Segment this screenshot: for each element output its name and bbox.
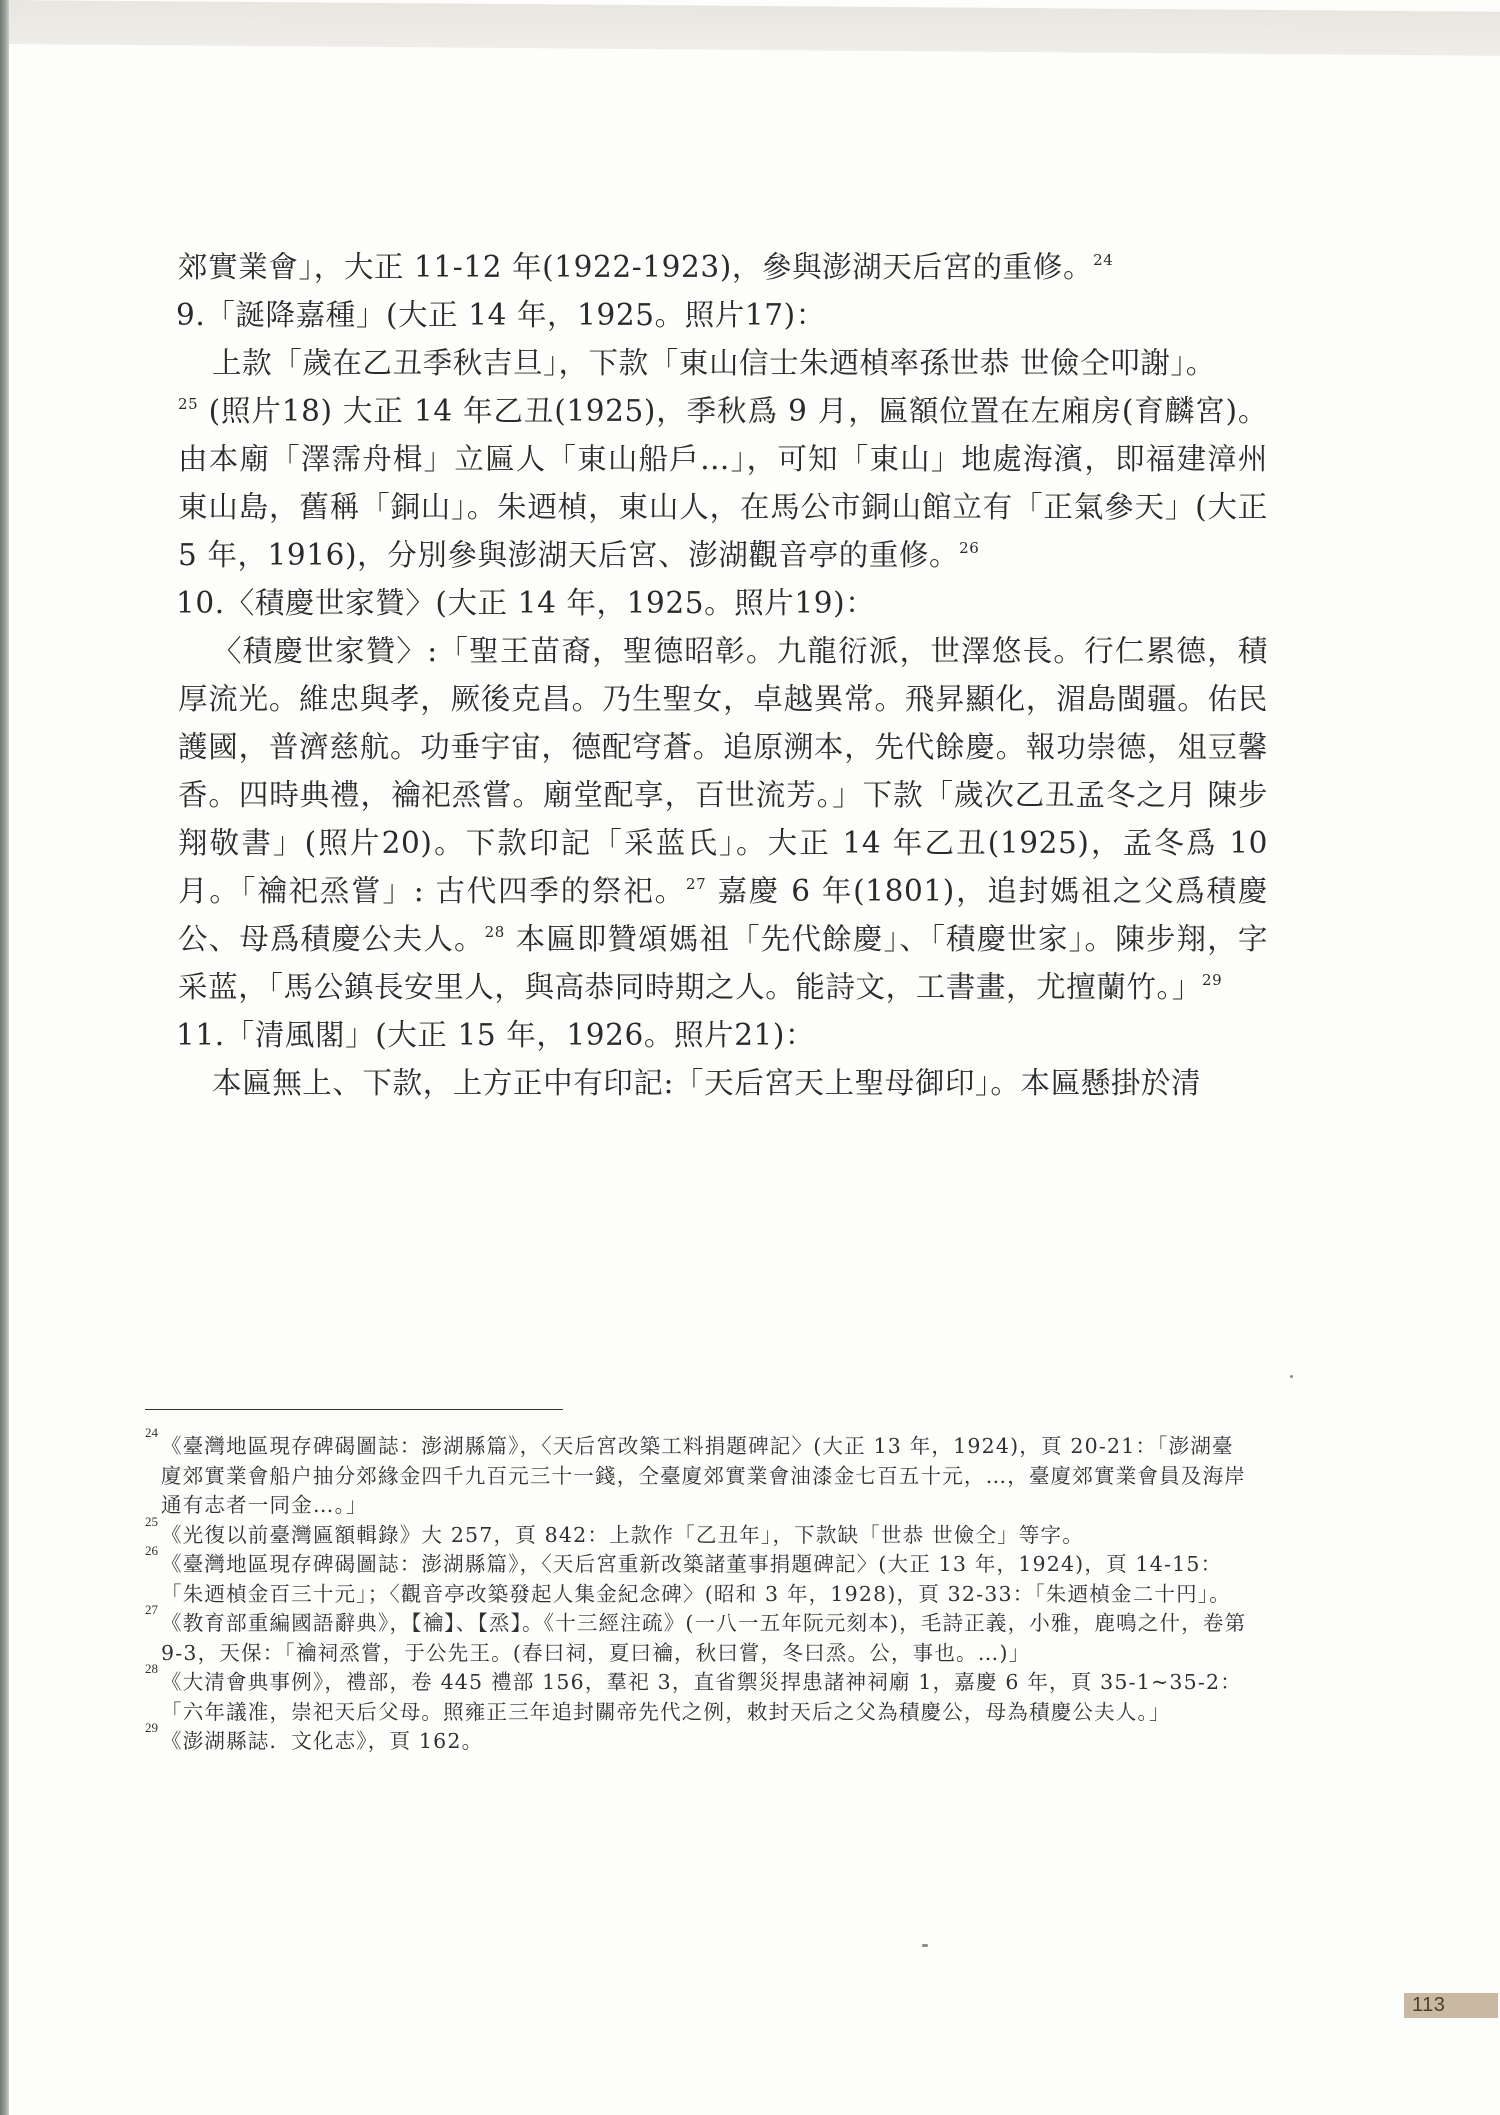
list-item-11-heading: 11.「清風閣」(大正 15 年，1926。照片21)： (176, 1011, 1268, 1059)
scan-top-shadow (0, 0, 1500, 56)
paragraph-text: 〈積慶世家贊〉:「聖王苗裔，聖德昭彰。九龍衍派，世澤悠長。行仁累德，積厚流光。維… (178, 634, 1268, 908)
scan-speck (1290, 1375, 1293, 1378)
footnote-ref[interactable]: 29 (1202, 971, 1222, 989)
footnote-28: 28《大清會典事例》，禮部，卷 445 禮部 156，羣祀 3，直省禦災捍患諸神… (145, 1668, 1250, 1727)
footnote-number: 26 (145, 1544, 158, 1557)
footnote-number: 28 (145, 1662, 158, 1675)
footnote-text: 《澎湖縣誌．文化志》，頁 162。 (161, 1729, 483, 1753)
footnote-ref[interactable]: 24 (1093, 251, 1113, 269)
footnote-text: 《教育部重編國語辭典》，【禴】、【烝】。《十三經注疏》(一八一五年阮元刻本)，毛… (161, 1611, 1246, 1665)
footnote-number: 27 (145, 1603, 158, 1616)
footnote-text: 《臺灣地區現存碑碣圖誌：澎湖縣篇》，〈天后宮改築工料捐題碑記〉(大正 13 年，… (161, 1434, 1246, 1517)
footnote-24: 24《臺灣地區現存碑碣圖誌：澎湖縣篇》，〈天后宮改築工料捐題碑記〉(大正 13 … (145, 1432, 1250, 1521)
list-item-10-heading: 10.〈積慶世家贊〉(大正 14 年，1925。照片19)： (176, 579, 1268, 627)
footnote-ref[interactable]: 27 (686, 875, 706, 893)
paragraph-inscription: 上款「歲在乙丑季秋吉旦」，下款「東山信士朱迺楨率孫世恭 世儉仝叩謝」。 (178, 339, 1268, 387)
book-spine-edge (0, 0, 9, 2115)
footnotes-section: 24《臺灣地區現存碑碣圖誌：澎湖縣篇》，〈天后宮改築工料捐題碑記〉(大正 13 … (145, 1432, 1250, 1757)
list-item-9-heading: 9.「誕降嘉種」(大正 14 年，1925。照片17)： (176, 291, 1268, 339)
page-number: 113 (1404, 1993, 1498, 2018)
scan-speck (922, 1944, 928, 1947)
paragraph-eulogy: 〈積慶世家贊〉:「聖王苗裔，聖德昭彰。九龍衍派，世澤悠長。行仁累德，積厚流光。維… (178, 627, 1268, 1011)
paragraph-seal: 本匾無上、下款，上方正中有印記:「天后宮天上聖母御印」。本匾懸掛於清 (178, 1059, 1268, 1107)
footnote-ref[interactable]: 26 (959, 539, 979, 557)
footnote-25: 25《光復以前臺灣匾額輯錄》大 257，頁 842：上款作「乙丑年」，下款缺「世… (145, 1521, 1250, 1551)
paragraph-description: 25 (照片18) 大正 14 年乙丑(1925)，季秋爲 9 月，匾額位置在左… (178, 387, 1268, 579)
footnote-number: 25 (145, 1515, 158, 1528)
footnote-text: 《臺灣地區現存碑碣圖誌：澎湖縣篇》，〈天后宮重新改築諸董事捐題碑記〉(大正 13… (161, 1552, 1231, 1606)
footnote-ref[interactable]: 28 (485, 923, 505, 941)
footnote-text: 《光復以前臺灣匾額輯錄》大 257，頁 842：上款作「乙丑年」，下款缺「世恭 … (161, 1523, 1084, 1547)
footnote-ref[interactable]: 25 (178, 395, 198, 413)
footnote-27: 27《教育部重編國語辭典》，【禴】、【烝】。《十三經注疏》(一八一五年阮元刻本)… (145, 1609, 1250, 1668)
paragraph-text: 郊實業會」，大正 11-12 年(1922-1923)，參與澎湖天后宮的重修。 (178, 250, 1093, 284)
footnote-number: 29 (145, 1721, 158, 1734)
main-text: 郊實業會」，大正 11-12 年(1922-1923)，參與澎湖天后宮的重修。2… (178, 243, 1268, 1107)
paragraph-continuation: 郊實業會」，大正 11-12 年(1922-1923)，參與澎湖天后宮的重修。2… (178, 243, 1268, 291)
footnote-divider (145, 1409, 563, 1410)
paragraph-text: (照片18) 大正 14 年乙丑(1925)，季秋爲 9 月，匾額位置在左廂房(… (178, 394, 1268, 572)
footnote-26: 26《臺灣地區現存碑碣圖誌：澎湖縣篇》，〈天后宮重新改築諸董事捐題碑記〉(大正 … (145, 1550, 1250, 1609)
footnote-29: 29《澎湖縣誌．文化志》，頁 162。 (145, 1727, 1250, 1757)
footnote-number: 24 (145, 1426, 158, 1439)
footnote-text: 《大清會典事例》，禮部，卷 445 禮部 156，羣祀 3，直省禦災捍患諸神祠廟… (161, 1670, 1242, 1724)
